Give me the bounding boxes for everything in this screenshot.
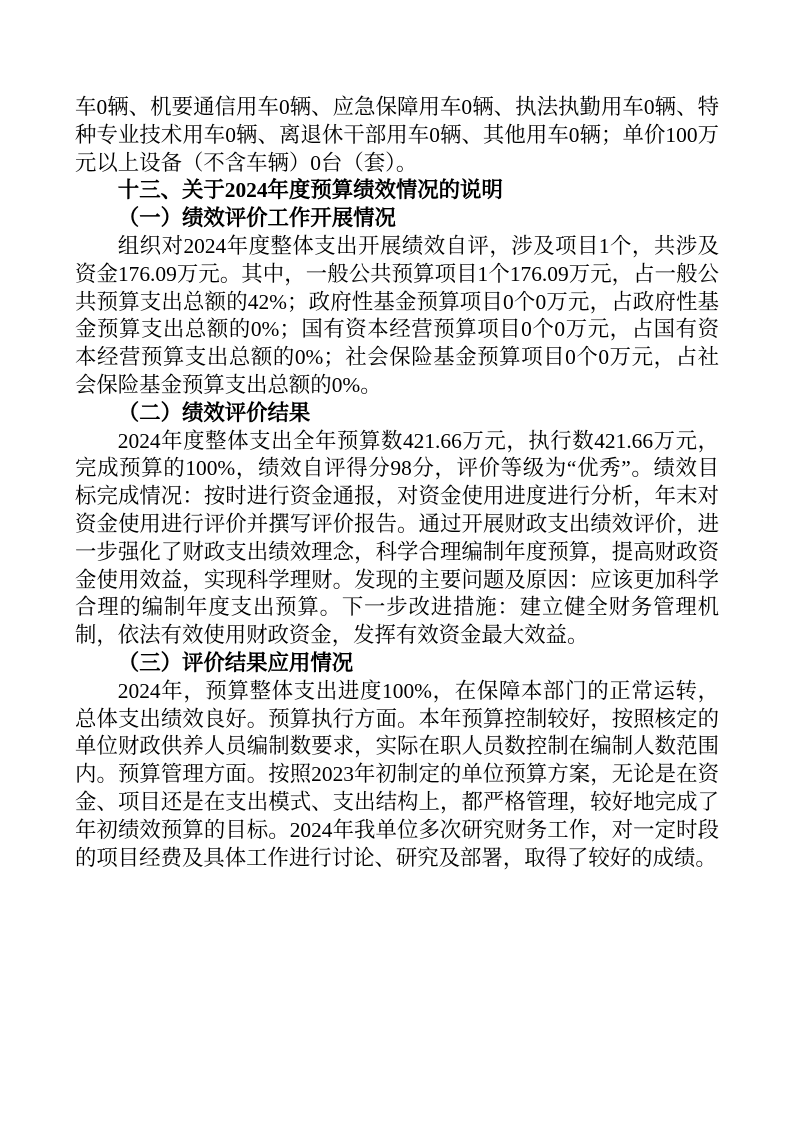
paragraph-self-evaluation-coverage: 组织对2024年度整体支出开展绩效自评，涉及项目1个，共涉及资金176.09万元… [75,233,719,400]
subsection-heading-3-results-application: （三）评价结果应用情况 [75,650,719,678]
paragraph-evaluation-results-detail: 2024年度整体支出全年预算数421.66万元，执行数421.66万元，完成预算… [75,428,719,650]
subsection-heading-2-evaluation-results: （二）绩效评价结果 [75,400,719,428]
subsection-heading-1-evaluation-work: （一）绩效评价工作开展情况 [75,205,719,233]
paragraph-vehicle-equipment-continuation: 车0辆、机要通信用车0辆、应急保障用车0辆、执法执勤用车0辆、特种专业技术用车0… [75,94,719,177]
document-content: 车0辆、机要通信用车0辆、应急保障用车0辆、执法执勤用车0辆、特种专业技术用车0… [75,94,719,872]
document-page: 车0辆、机要通信用车0辆、应急保障用车0辆、执法执勤用车0辆、特种专业技术用车0… [0,0,793,1122]
section-heading-13-budget-performance: 十三、关于2024年度预算绩效情况的说明 [75,177,719,205]
paragraph-results-application-detail: 2024年，预算整体支出进度100%，在保障本部门的正常运转，总体支出绩效良好。… [75,678,719,873]
